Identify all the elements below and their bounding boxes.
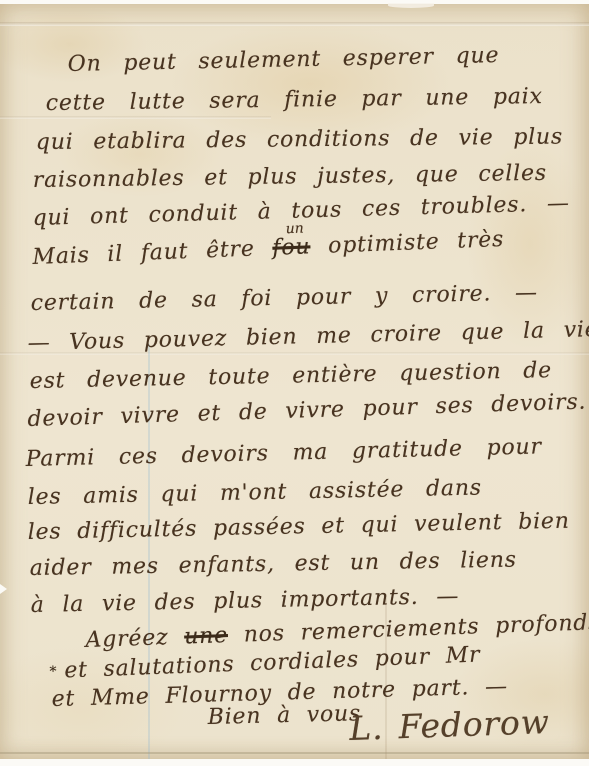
letter-scan: On peut seulement esperer que cette lutt… xyxy=(0,0,589,766)
crossed-out-word: une xyxy=(184,623,229,650)
closing-salutation: Bien à vous xyxy=(207,701,361,730)
letter-line-2: cette lutte sera finie par une paix xyxy=(46,84,543,116)
crossed-out-word: fou xyxy=(272,234,311,260)
paper-sheet: On peut seulement esperer que cette lutt… xyxy=(0,4,589,759)
paper-bottom-edge xyxy=(0,752,589,754)
letter-line-15: à la vie des plus importants. — xyxy=(30,584,459,618)
fold-crease-upper-left xyxy=(0,116,271,119)
letter-line-11: Parmi ces devoirs ma gratitude pour xyxy=(25,434,542,472)
fold-crease-top xyxy=(0,22,589,26)
line-6-pre: Mais il faut être xyxy=(32,236,273,270)
inserted-word-above: un xyxy=(285,221,304,238)
inline-correction: fouun xyxy=(272,234,311,260)
line-6-post: optimiste très xyxy=(310,227,505,259)
insertion-mark: * xyxy=(49,664,57,680)
line-16-post: nos remerciements profonds xyxy=(228,610,589,648)
letter-line-6: Mais il faut être fouun optimiste très xyxy=(32,227,505,270)
letter-line-4: raisonnables et plus justes, que celles xyxy=(33,161,547,193)
letter-line-13: les difficultés passées et qui veulent b… xyxy=(27,509,569,545)
letter-line-10: devoir vivre et de vivre pour ses devoir… xyxy=(27,388,589,432)
letter-line-12: les amis qui m'ont assistée dans xyxy=(27,475,482,510)
paper-edge-tear xyxy=(388,3,434,8)
signature: L. Fedorow xyxy=(349,702,551,748)
letter-line-9: est devenue toute entière question de xyxy=(29,358,552,394)
letter-line-16: Agréez une nos remerciements profonds xyxy=(85,610,589,653)
letter-line-1: On peut seulement esperer que xyxy=(67,43,499,77)
letter-line-3: qui etablira des conditions de vie plus xyxy=(36,124,563,155)
letter-line-7: certain de sa foi pour y croire. — xyxy=(30,280,538,316)
letter-line-8: — Vous pouvez bien me croire que la vie xyxy=(27,317,589,356)
line-16-pre: Agréez xyxy=(85,625,185,653)
letter-line-14: aider mes enfants, est un des liens xyxy=(30,548,517,581)
paper-edge-notch xyxy=(0,584,7,594)
